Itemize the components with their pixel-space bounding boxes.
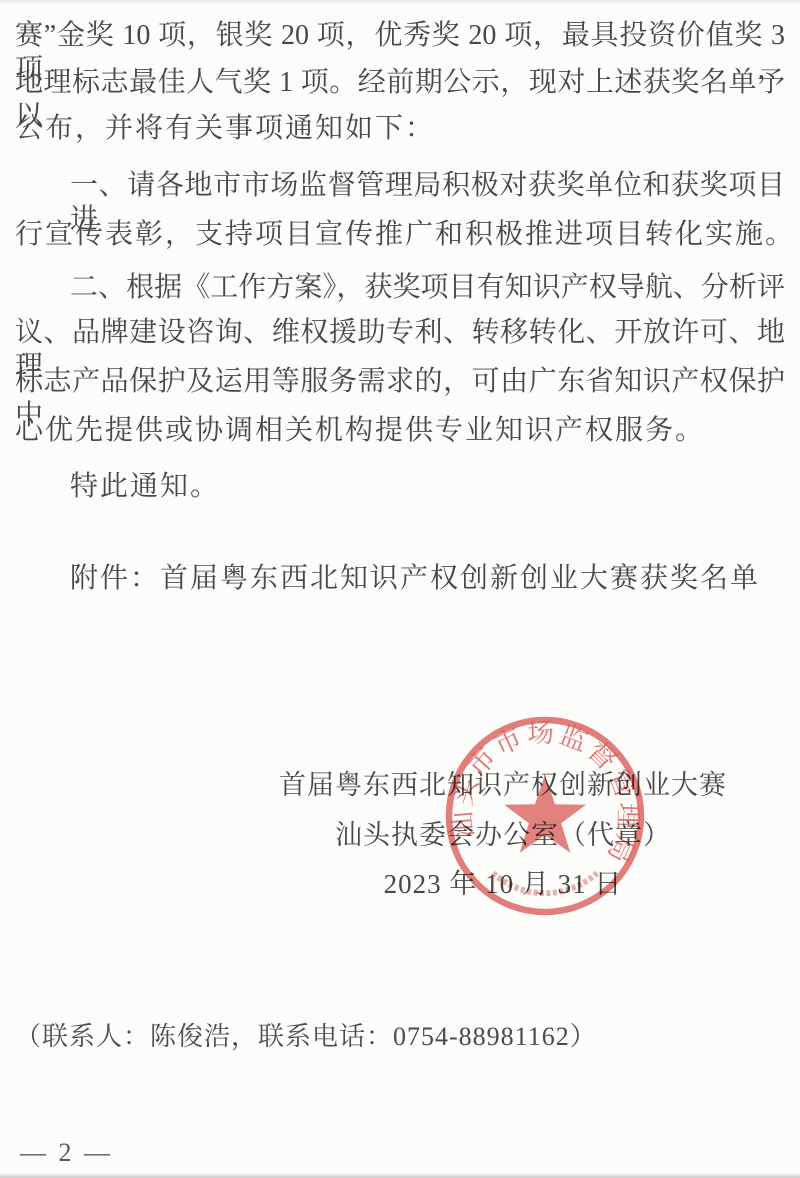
scanned-document-page: 赛”金奖 10 项，银奖 20 项，优秀奖 20 项，最具投资价值奖 3 项， … [0, 0, 800, 1178]
contact-line: （联系人：陈俊浩，联系电话：0754-88981162） [15, 1016, 597, 1053]
seal-serial-marks [493, 873, 597, 893]
body-line-item-2: 二、根据《工作方案》，获奖项目有知识产权导航、分析评 [70, 271, 785, 305]
body-line: 心优先提供或协调相关机构提供专业知识产权服务。 [15, 414, 705, 448]
body-line: 公布，并将有关事项通知如下： [15, 112, 435, 146]
closing-line: 特此通知。 [70, 470, 220, 504]
seal-star-icon [504, 775, 586, 853]
body-line: 行宣传表彰，支持项目宣传推广和积极推进项目转化实施。 [15, 218, 795, 252]
page-number: — 2 — [20, 1138, 113, 1168]
official-seal: 汕头市市场监督管理局 [438, 709, 652, 923]
attachment-line: 附件：首届粤东西北知识产权创新创业大赛获奖名单 [70, 562, 760, 596]
